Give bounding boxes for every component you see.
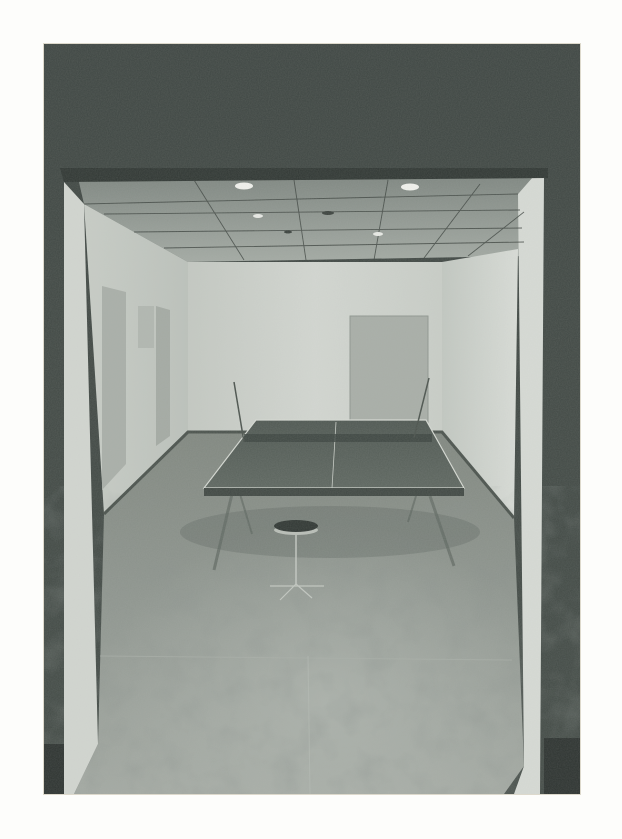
artwork-print (44, 44, 580, 794)
room-scene (44, 44, 580, 794)
paper-border: Empty ping-pong room viewed through a do… (0, 0, 622, 839)
